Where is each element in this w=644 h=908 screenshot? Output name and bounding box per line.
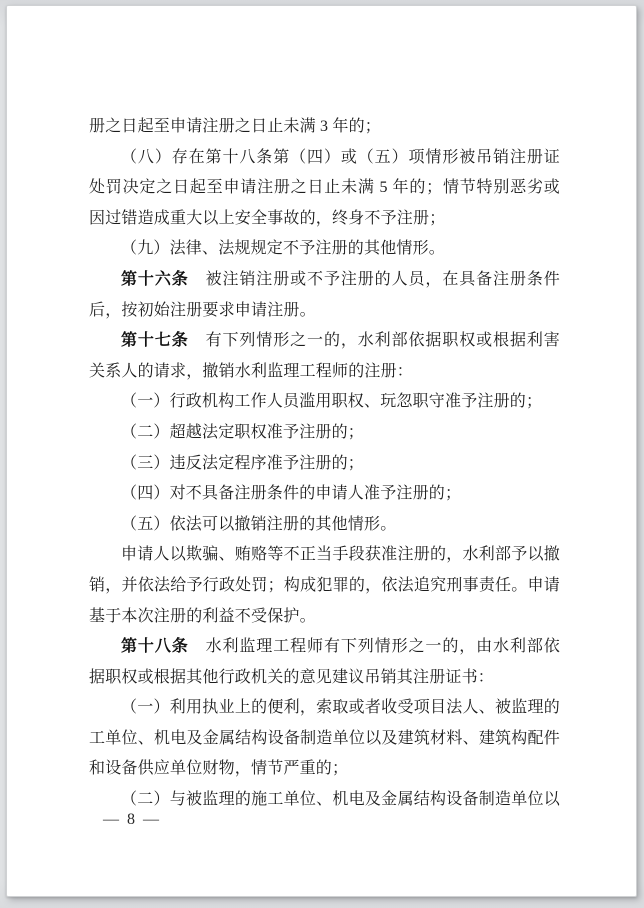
text-line: （四）对不具备注册条件的申请人准予注册的； — [89, 479, 560, 510]
text-line: 关系人的请求，撤销水利监理工程师的注册： — [89, 357, 560, 388]
text-line: 和设备供应单位财物，情节严重的； — [89, 754, 560, 785]
text-line: 第十六条 被注销注册或不予注册的人员，在具备注册条件 — [89, 265, 560, 296]
text-line: 册之日起至申请注册之日止未满 3 年的； — [89, 112, 560, 143]
article-number: 第十七条 — [121, 332, 189, 349]
text-line: 工单位、机电及金属结构设备制造单位以及建筑材料、建筑构配件 — [89, 724, 560, 755]
text-line: 处罚决定之日起至申请注册之日止未满 5 年的；情节特别恶劣或 — [89, 173, 560, 204]
text-line: 申请人以欺骗、贿赂等不正当手段获准注册的，水利部予以撤 — [89, 540, 560, 571]
text-line: （九）法律、法规规定不予注册的其他情形。 — [89, 234, 560, 265]
scan-background: 册之日起至申请注册之日止未满 3 年的；（八）存在第十八条第（四）或（五）项情形… — [0, 0, 644, 908]
text-line: （三）违反法定程序准予注册的； — [89, 449, 560, 480]
text-line: 因过错造成重大以上安全事故的，终身不予注册； — [89, 204, 560, 235]
article-number: 第十八条 — [121, 638, 189, 655]
text-line: 据职权或根据其他行政机关的意见建议吊销其注册证书： — [89, 663, 560, 694]
text-line: 第十八条 水利监理工程师有下列情形之一的，由水利部依 — [89, 632, 560, 663]
text-line: （一）利用执业上的便利，索取或者收受项目法人、被监理的施 — [89, 693, 560, 724]
text-line: 基于本次注册的利益不受保护。 — [89, 602, 560, 633]
document-page: 册之日起至申请注册之日止未满 3 年的；（八）存在第十八条第（四）或（五）项情形… — [6, 5, 637, 897]
text-line: （二）超越法定职权准予注册的； — [89, 418, 560, 449]
article-number: 第十六条 — [121, 271, 189, 288]
page-number: — 8 — — [103, 809, 161, 831]
text-line: （一）行政机构工作人员滥用职权、玩忽职守准予注册的； — [89, 387, 560, 418]
text-line: （五）依法可以撤销注册的其他情形。 — [89, 510, 560, 541]
text-line: （八）存在第十八条第（四）或（五）项情形被吊销注册证书，自 — [89, 143, 560, 174]
text-line: 销，并依法给予行政处罚；构成犯罪的，依法追究刑事责任。申请人 — [89, 571, 560, 602]
text-line: 第十七条 有下列情形之一的，水利部依据职权或根据利害 — [89, 326, 560, 357]
text-line: 后，按初始注册要求申请注册。 — [89, 296, 560, 327]
document-body: 册之日起至申请注册之日止未满 3 年的；（八）存在第十八条第（四）或（五）项情形… — [89, 112, 560, 816]
